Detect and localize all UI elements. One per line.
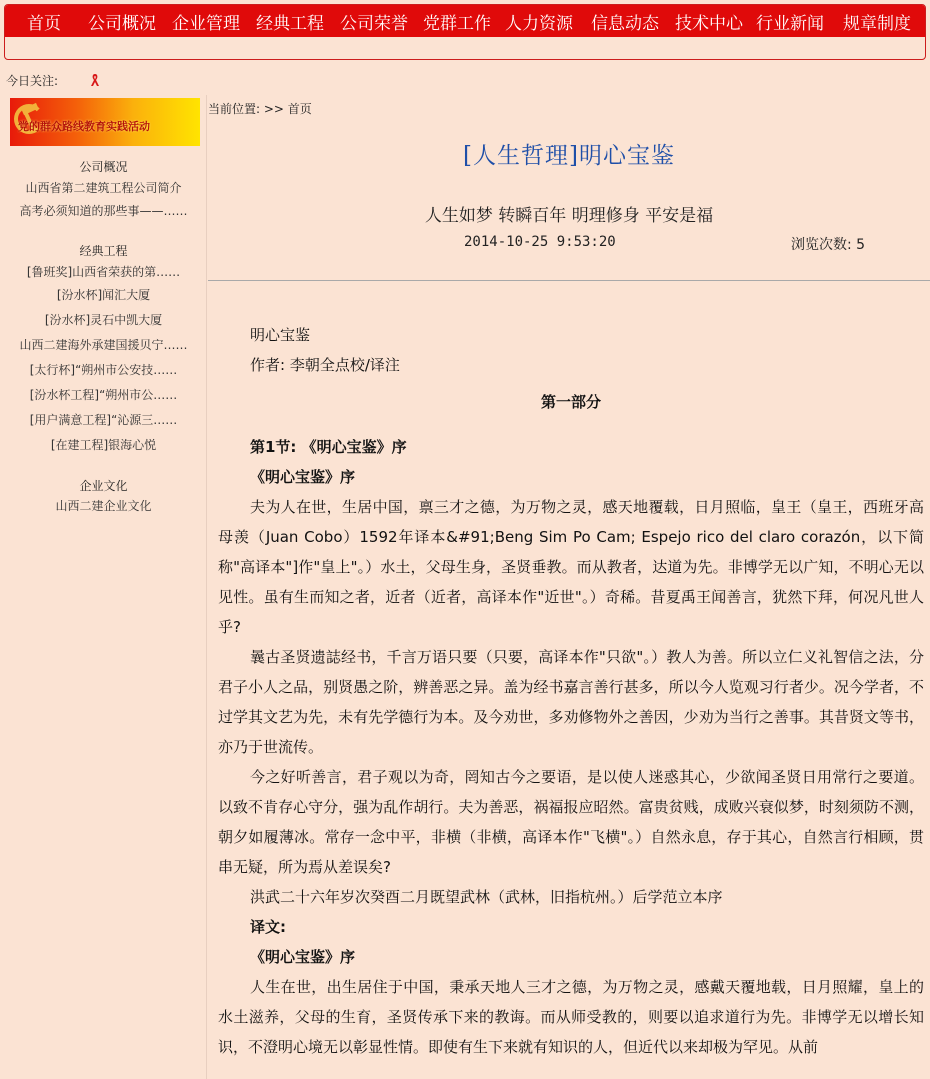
red-ribbon-icon[interactable] bbox=[88, 72, 102, 88]
sidebar-link[interactable]: 山西二建海外承建国援贝宁…… bbox=[0, 333, 207, 358]
sidebar-link[interactable]: 高考必须知道的那些事——…… bbox=[0, 199, 207, 224]
sidebar-link[interactable]: [汾水杯工程]“朔州市公…… bbox=[0, 383, 207, 408]
nav-company-overview[interactable]: 公司概况 bbox=[88, 9, 156, 34]
view-count: 浏览次数: 5 bbox=[791, 234, 865, 254]
nav-enterprise-management[interactable]: 企业管理 bbox=[172, 9, 240, 34]
today-focus-label: 今日关注: bbox=[6, 72, 58, 89]
sidebar-link[interactable]: [鲁班奖]山西省荣获的第…… bbox=[0, 261, 207, 283]
banner-slogan: 党的群众路线教育实践活动 bbox=[18, 118, 150, 134]
sidebar-section-company: 公司概况 山西省第二建筑工程公司简介 高考必须知道的那些事——…… bbox=[0, 157, 207, 224]
sidebar-heading: 公司概况 bbox=[0, 157, 207, 177]
translation-title: 《明心宝鉴》序 bbox=[218, 942, 924, 972]
paragraph: 今之好听善言，君子观以为奇，罔知古今之要语，是以使人迷惑其心，少欲闻圣贤日用常行… bbox=[218, 762, 924, 882]
article-title: [人生哲理]明心宝鉴 bbox=[208, 137, 930, 170]
nav-party-work[interactable]: 党群工作 bbox=[423, 9, 491, 34]
book-title: 明心宝鉴 bbox=[218, 320, 924, 350]
sidebar-link[interactable]: 山西省第二建筑工程公司简介 bbox=[0, 177, 207, 199]
nav-regulations[interactable]: 规章制度 bbox=[843, 9, 911, 34]
nav-tech-center[interactable]: 技术中心 bbox=[675, 9, 743, 34]
sidebar-link[interactable]: [用户满意工程]“沁源三…… bbox=[0, 408, 207, 433]
paragraph: 曩古圣贤遗誌经书，千言万语只要（只要，高译本作"只欲"。）教人为善。所以立仁义礼… bbox=[218, 642, 924, 762]
sidebar-link[interactable]: 山西二建企业文化 bbox=[0, 496, 207, 516]
nav-news-updates[interactable]: 信息动态 bbox=[591, 9, 659, 34]
part-heading: 第一部分 bbox=[218, 387, 924, 417]
signature-line: 洪武二十六年岁次癸酉二月既望武林（武林，旧指杭州。）后学范立本序 bbox=[218, 882, 924, 912]
nav-classic-projects[interactable]: 经典工程 bbox=[256, 9, 324, 34]
section-heading: 第1节: 《明心宝鉴》序 bbox=[218, 432, 924, 462]
sidebar: 党的群众路线教育实践活动 公司概况 山西省第二建筑工程公司简介 高考必须知道的那… bbox=[0, 95, 207, 1079]
paragraph: 人生在世，出生居住于中国，秉承天地人三才之德，为万物之灵，感戴天覆地载，日月照耀… bbox=[218, 972, 924, 1062]
sidebar-section-projects: 经典工程 [鲁班奖]山西省荣获的第…… [汾水杯]闻汇大厦 [汾水杯]灵石中凯大… bbox=[0, 241, 207, 458]
main-nav-bar: 首页 公司概况 企业管理 经典工程 公司荣誉 党群工作 人力资源 信息动态 技术… bbox=[5, 5, 925, 37]
preface-title: 《明心宝鉴》序 bbox=[218, 462, 924, 492]
sidebar-link[interactable]: [汾水杯]闻汇大厦 bbox=[0, 283, 207, 308]
nav-human-resources[interactable]: 人力资源 bbox=[505, 9, 573, 34]
sidebar-heading[interactable]: 企业文化 bbox=[0, 476, 207, 496]
breadcrumb: 当前位置: >> 首页 bbox=[208, 100, 312, 117]
nav-company-honors[interactable]: 公司荣誉 bbox=[340, 9, 408, 34]
translation-label: 译文: bbox=[218, 912, 924, 942]
nav-home[interactable]: 首页 bbox=[27, 9, 61, 34]
campaign-banner[interactable]: 党的群众路线教育实践活动 bbox=[10, 98, 200, 146]
article-subtitle: 人生如梦 转瞬百年 明理修身 平安是福 bbox=[208, 201, 930, 226]
sidebar-link[interactable]: [在建工程]银海心悦 bbox=[0, 433, 207, 458]
sidebar-section-culture: 企业文化 山西二建企业文化 bbox=[0, 476, 207, 516]
article-body: 明心宝鉴 作者: 李朝全点校/译注 第一部分 第1节: 《明心宝鉴》序 《明心宝… bbox=[218, 320, 924, 1062]
author-line: 作者: 李朝全点校/译注 bbox=[218, 350, 924, 380]
publish-date: 2014-10-25 9:53:20 bbox=[464, 234, 616, 250]
divider bbox=[208, 280, 930, 281]
sidebar-heading: 经典工程 bbox=[0, 241, 207, 261]
nav-industry-news[interactable]: 行业新闻 bbox=[756, 9, 824, 34]
top-navigation-box: 首页 公司概况 企业管理 经典工程 公司荣誉 党群工作 人力资源 信息动态 技术… bbox=[4, 4, 926, 60]
paragraph: 夫为人在世，生居中国，禀三才之德，为万物之灵，感天地覆载，日月照临，皇王（皇王，… bbox=[218, 492, 924, 642]
sidebar-link[interactable]: [汾水杯]灵石中凯大厦 bbox=[0, 308, 207, 333]
sidebar-link[interactable]: [太行杯]“朔州市公安技…… bbox=[0, 358, 207, 383]
